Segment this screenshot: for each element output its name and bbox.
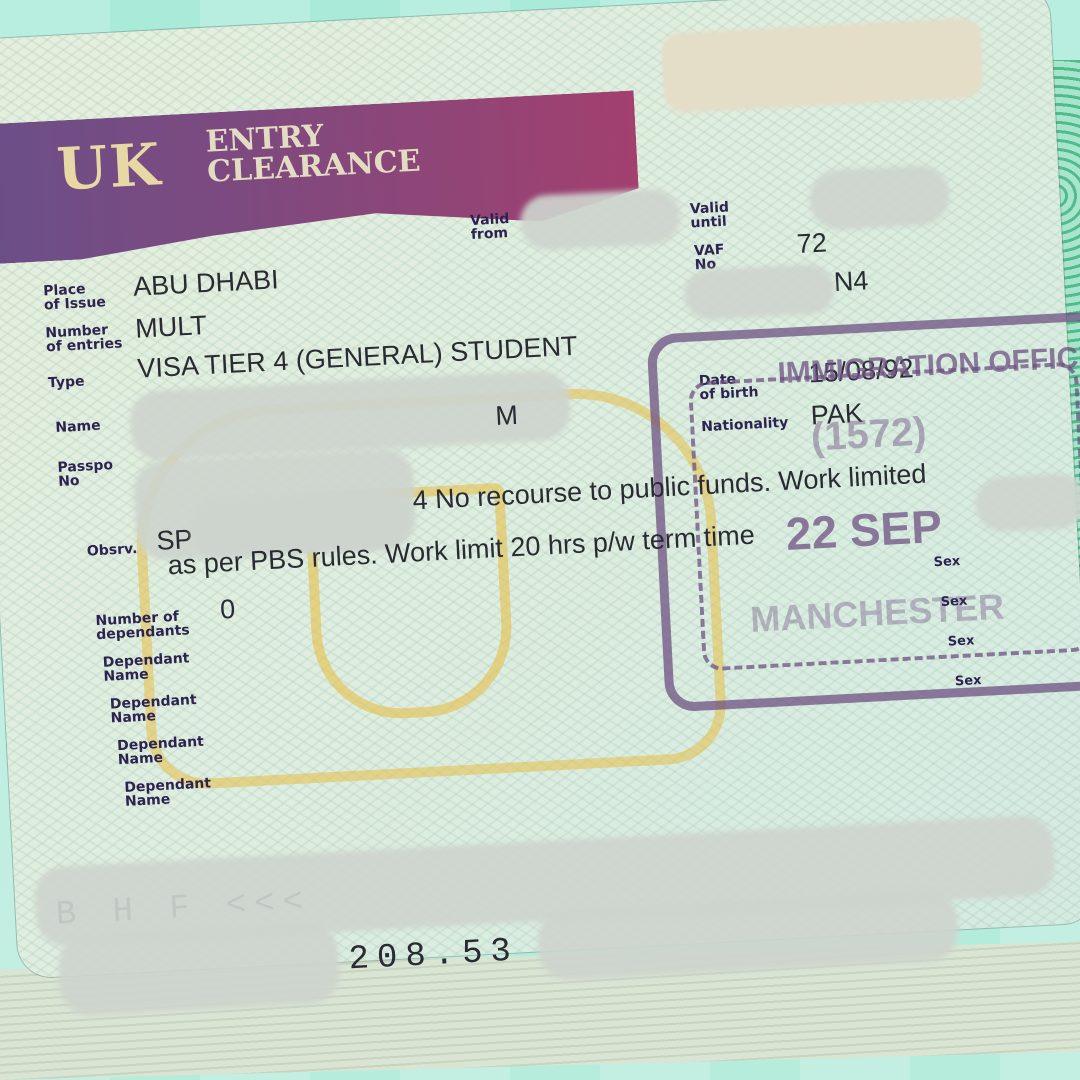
redacted-vaf bbox=[683, 263, 835, 321]
vaf-no-label: VAFNo bbox=[694, 243, 726, 273]
dependant-name-label-4: DependantName bbox=[124, 776, 212, 809]
passport-no-label: PasspoNo bbox=[57, 458, 114, 489]
number-of-entries-label: Numberof entries bbox=[45, 322, 123, 354]
stamp-code: (1572) bbox=[810, 410, 928, 461]
valid-from-label: Validfrom bbox=[470, 212, 511, 242]
number-of-entries-value: MULT bbox=[135, 310, 208, 345]
redacted-stamp-year bbox=[974, 472, 1080, 533]
uk-mark: UK bbox=[55, 130, 163, 203]
number-of-dependants-label: Number ofdependants bbox=[95, 609, 190, 642]
stamp-date: 22 SEP bbox=[785, 499, 944, 561]
number-of-dependants-value: 0 bbox=[219, 594, 236, 626]
vaf-no-value-part2: N4 bbox=[833, 265, 869, 298]
valid-until-label: Validuntil bbox=[689, 201, 730, 231]
sex-value: M bbox=[495, 400, 519, 432]
observations-label: Obsrv. bbox=[87, 542, 138, 559]
place-of-issue-label: Placeof Issue bbox=[43, 281, 106, 312]
vaf-no-value-part1: 72 bbox=[796, 227, 828, 260]
dependant-name-label-1: DependantName bbox=[102, 651, 190, 684]
dependant-sex-label-3: Sex bbox=[947, 633, 974, 649]
entry-clearance-title: ENTRY CLEARANCE bbox=[205, 117, 421, 188]
visa-sticker: UK ENTRY CLEARANCE Validfrom Validuntil … bbox=[0, 0, 1080, 979]
redacted-valid-until bbox=[808, 164, 951, 231]
dependant-sex-label-2: Sex bbox=[940, 594, 967, 610]
dependant-sex-label-4: Sex bbox=[955, 673, 982, 689]
redacted-mrz-2 bbox=[57, 922, 341, 1017]
redacted-valid-from bbox=[519, 188, 682, 251]
name-label: Name bbox=[55, 419, 101, 435]
dependant-name-label-2: DependantName bbox=[110, 693, 198, 726]
place-of-issue-value: ABU DHABI bbox=[132, 264, 279, 303]
redacted-photo-area bbox=[661, 17, 985, 114]
type-label: Type bbox=[48, 374, 85, 390]
dependant-sex-label-1: Sex bbox=[933, 554, 960, 570]
dependant-name-label-3: DependantName bbox=[117, 735, 205, 768]
